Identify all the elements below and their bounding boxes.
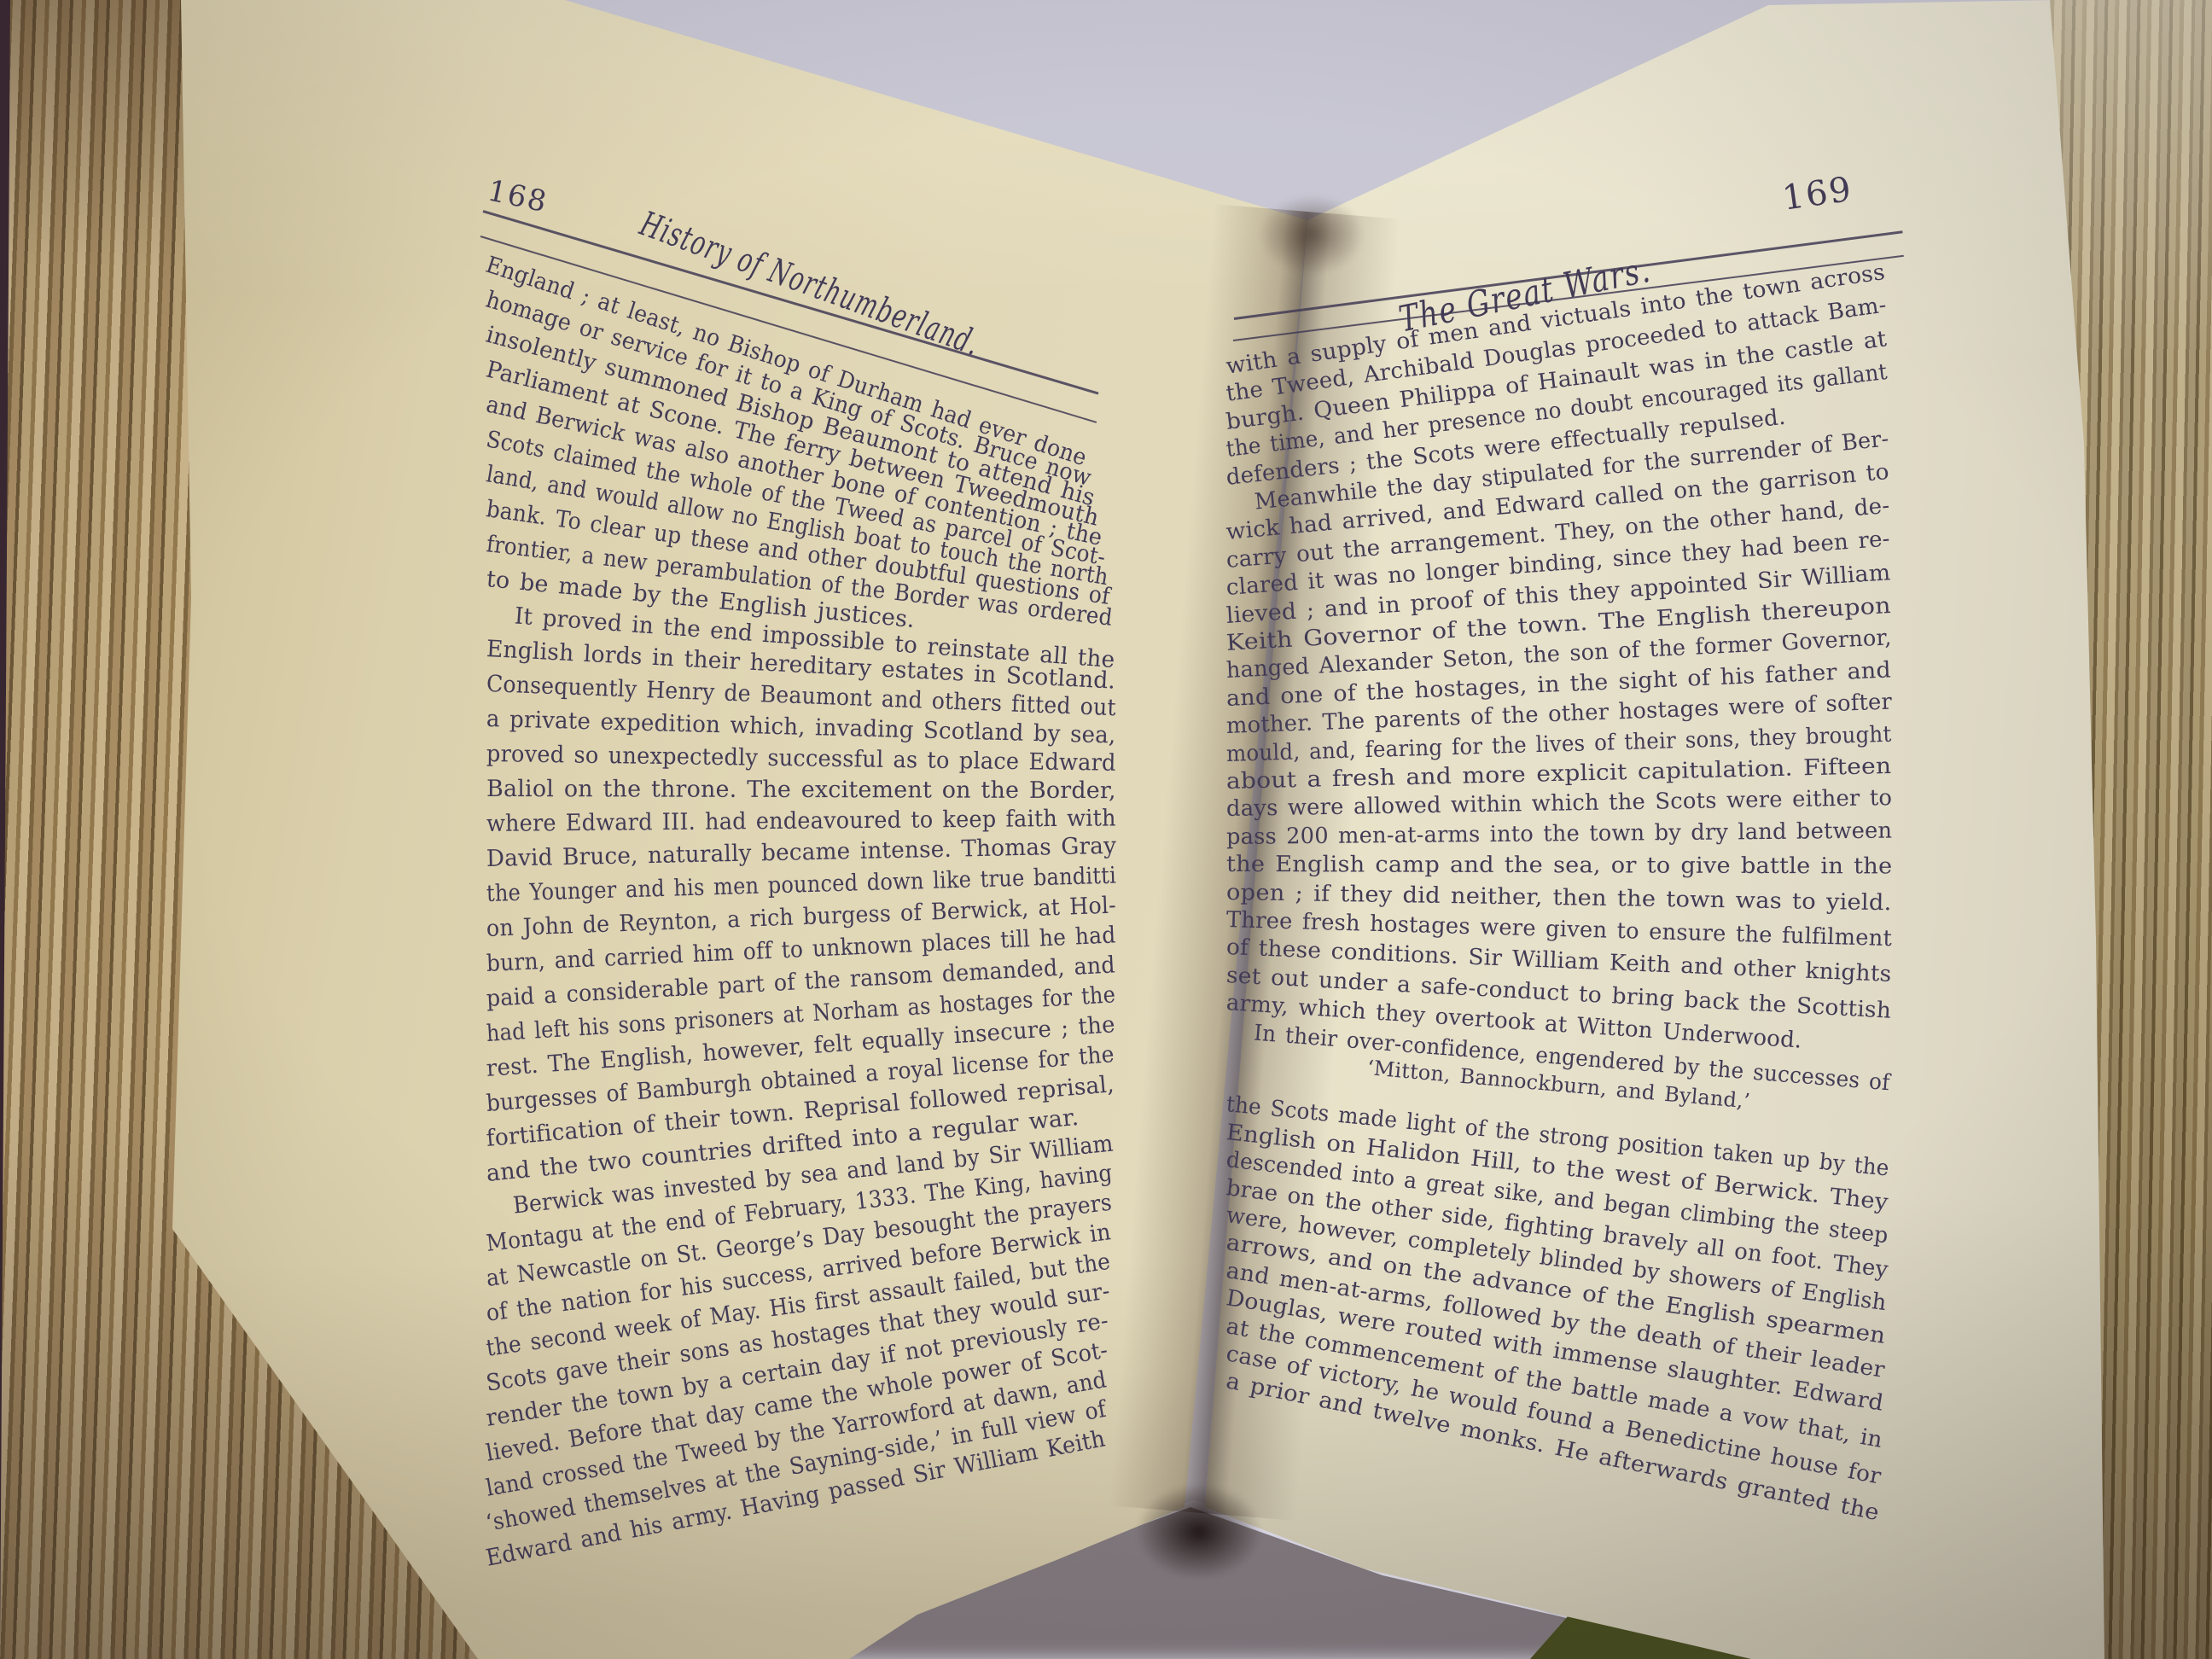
gutter-bottom-shadow bbox=[1109, 1464, 1289, 1600]
right-page-text-line: the English camp and the sea, or to give… bbox=[1226, 852, 1892, 881]
left-page-text-line: where Edward III. had endeavoured to kee… bbox=[486, 805, 1116, 838]
left-page-text-line: Baliol on the throne. The excitement on … bbox=[486, 776, 1116, 806]
book-photo: 168 History of Northumberland. England ;… bbox=[0, 0, 2212, 1659]
gutter-top-shadow bbox=[1239, 179, 1384, 290]
